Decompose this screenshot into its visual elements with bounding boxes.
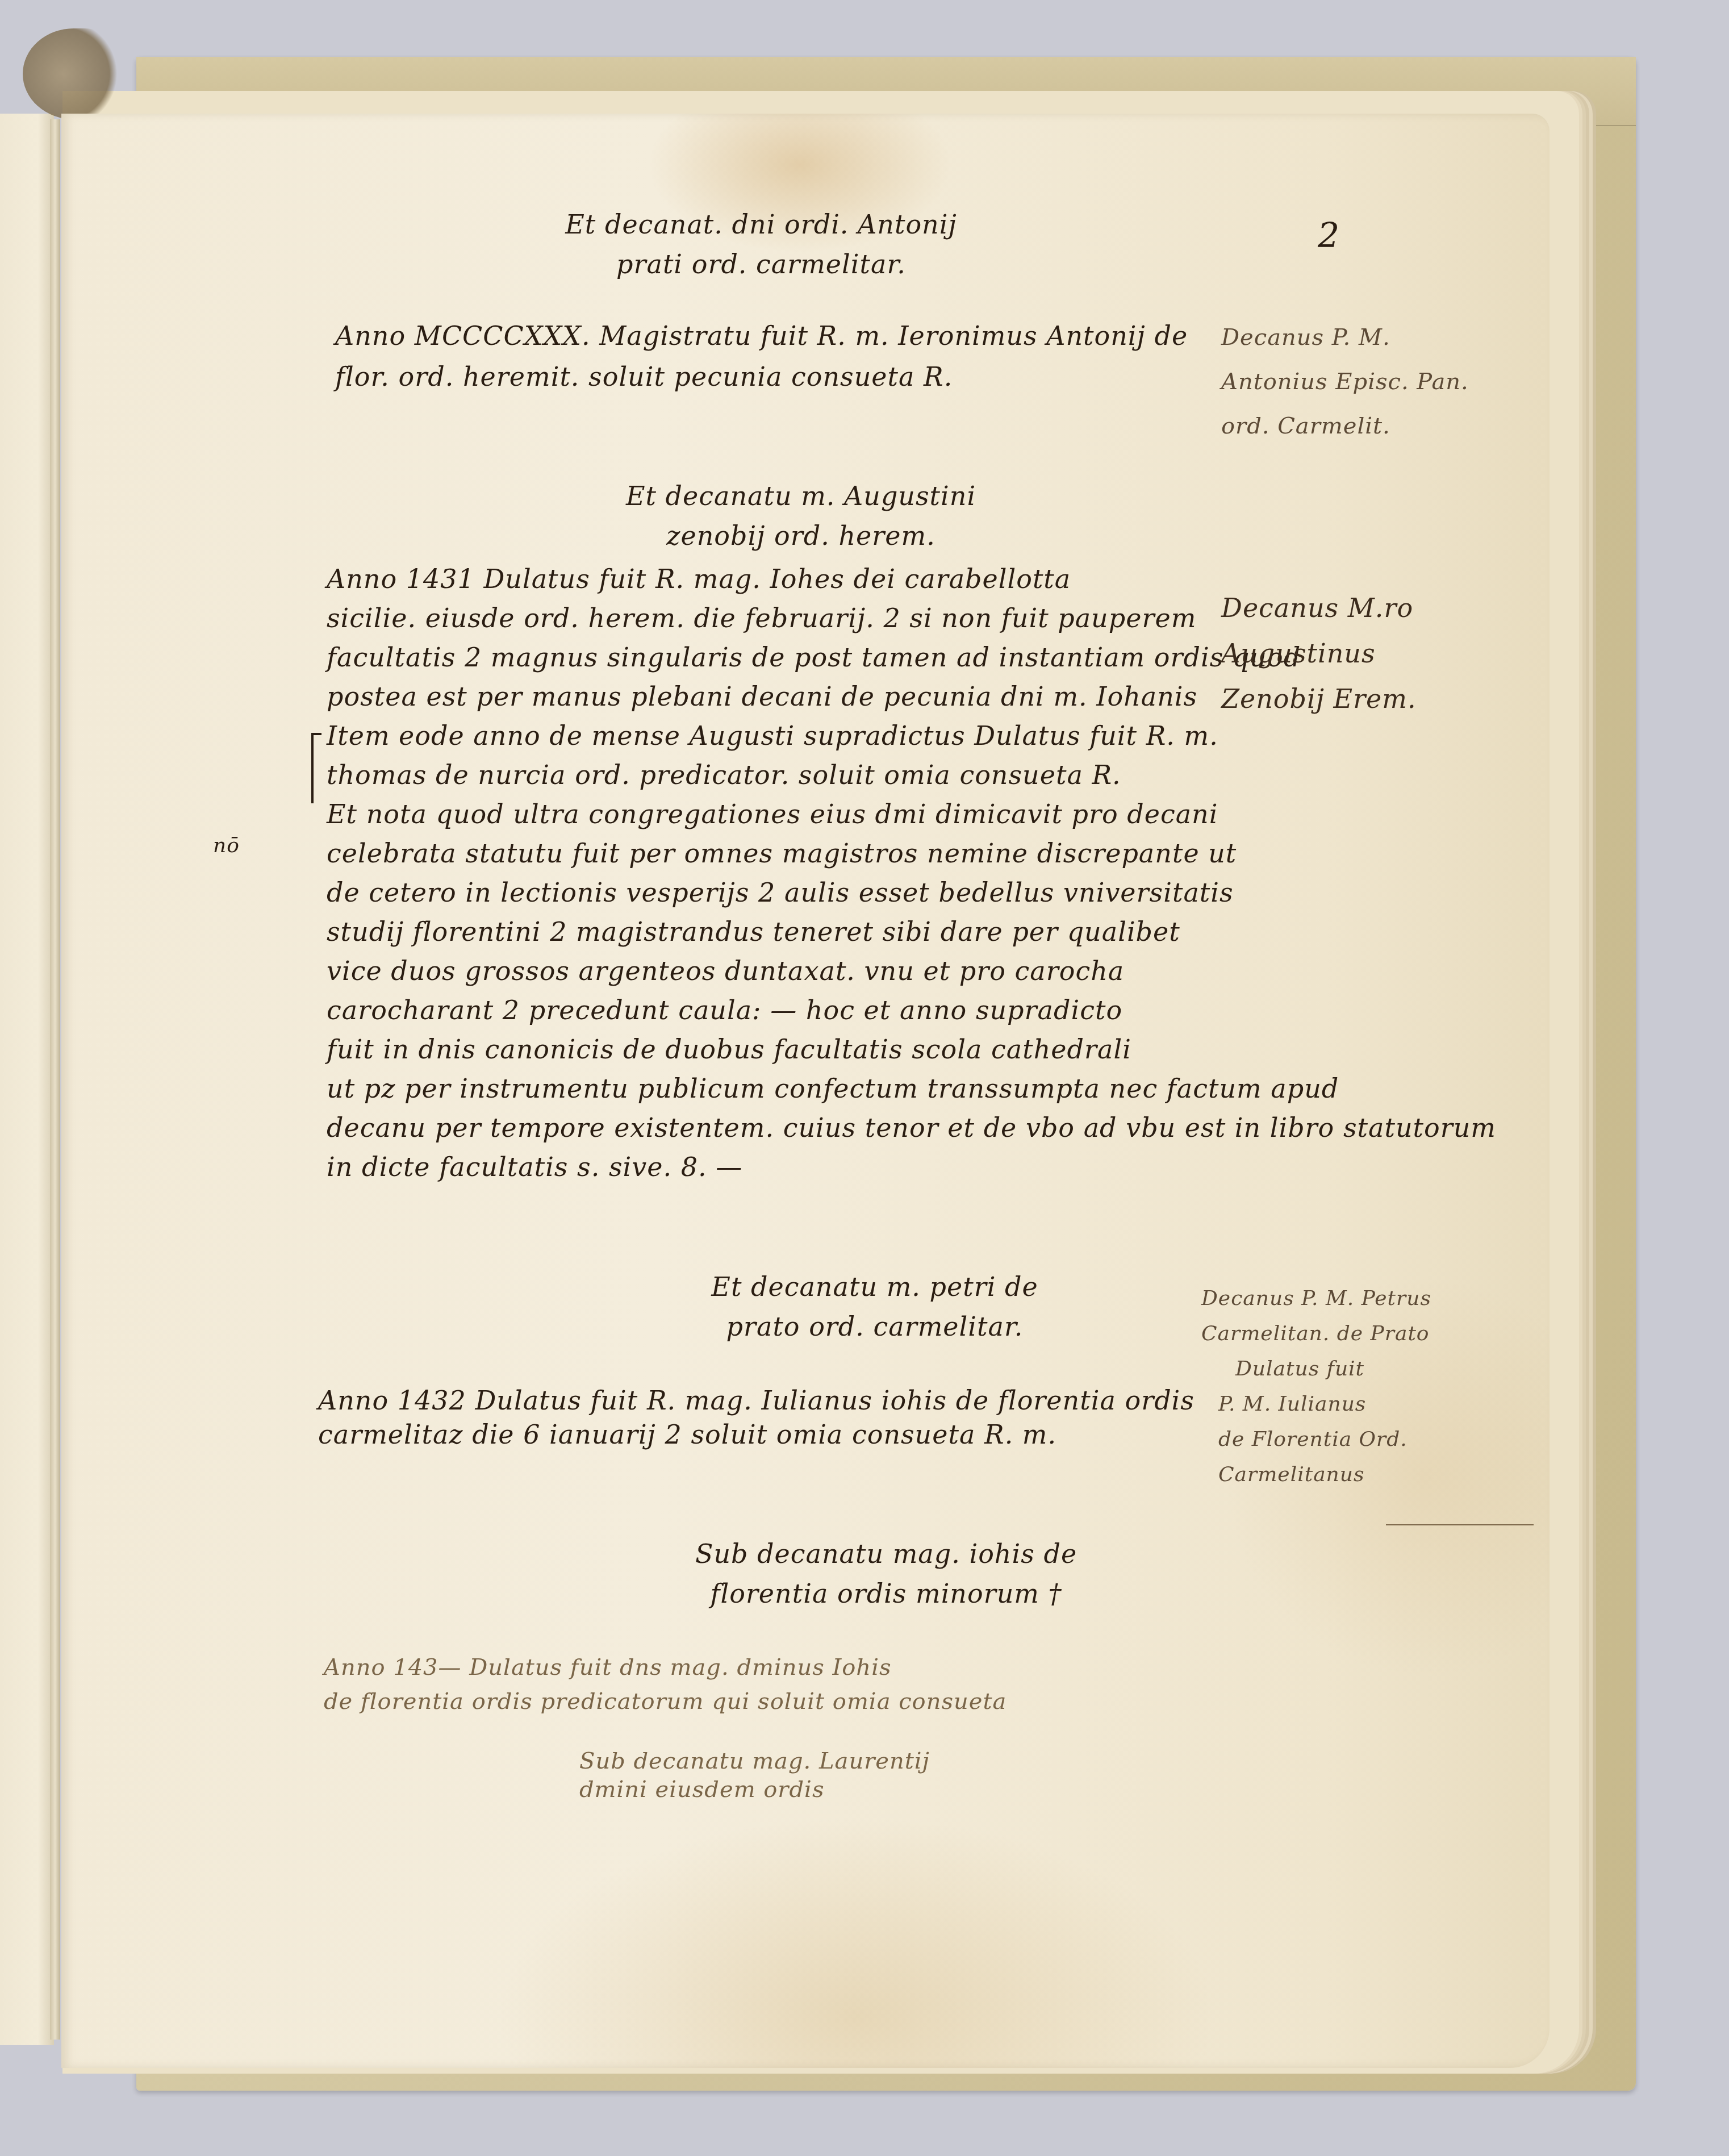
margin-line: Decanus M.ro (1221, 585, 1417, 631)
binding-gutter (50, 119, 60, 2040)
body-line: thomas de nurcia ord. predicator. soluit… (327, 756, 1496, 795)
body-line: studij florentini 2 magistrandus teneret… (327, 912, 1496, 952)
margin-line: Carmelitan. de Prato (1201, 1316, 1431, 1352)
heading-line: florentia ordis minorum † (682, 1574, 1091, 1613)
body-line: carocharant 2 precedunt caula: — hoc et … (327, 991, 1496, 1030)
margin-line: P. M. Iulianus (1201, 1387, 1431, 1422)
margin-line: Decanus P. M. Petrus (1201, 1281, 1431, 1316)
margin-line: ord. Carmelit. (1221, 404, 1469, 448)
left-margin-note: nō (213, 834, 240, 857)
body-line: Et nota quod ultra congregationes eius d… (327, 795, 1496, 834)
heading-line: Sub decanatu mag. Laurentij (579, 1747, 988, 1775)
section-heading-antonius: Et decanat. dni ordi. Antonij prati ord.… (534, 205, 988, 284)
heading-line: Et decanatu m. Augustini (602, 476, 1000, 516)
body-line: ut pz per instrumentu publicum confectum… (327, 1069, 1496, 1108)
body-line: Anno MCCCCXXX. Magistratu fuit R. m. Ier… (335, 315, 1188, 356)
paragraph-bracket (311, 733, 321, 803)
margin-line: de Florentia Ord. (1201, 1422, 1431, 1457)
heading-line: Et decanat. dni ordi. Antonij (534, 205, 988, 244)
body-line: fuit in dnis canonicis de duobus faculta… (327, 1030, 1496, 1069)
body-line: celebrata statutu fuit per omnes magistr… (327, 834, 1496, 873)
margin-line: Zenobij Erem. (1221, 676, 1417, 722)
folio-number: 2 (1318, 216, 1339, 256)
body-line: Anno 1432 Dulatus fuit R. mag. Iulianus … (318, 1383, 1195, 1417)
margin-line: Dulatus fuit (1201, 1352, 1431, 1387)
margin-note-petrus: Decanus P. M. Petrus Carmelitan. de Prat… (1201, 1281, 1431, 1492)
margin-line: Antonius Episc. Pan. (1221, 360, 1469, 404)
section-heading-augustinus: Et decanatu m. Augustini zenobij ord. he… (602, 476, 1000, 556)
margin-underline (1386, 1524, 1534, 1525)
margin-line: Augustinus (1221, 631, 1417, 676)
heading-line: Et decanatu m. petri de (670, 1267, 1079, 1307)
section-heading-petrus: Et decanatu m. petri de prato ord. carme… (670, 1267, 1079, 1346)
section-body-antonius: Anno MCCCCXXX. Magistratu fuit R. m. Ier… (335, 315, 1188, 397)
section-heading-laurentius: Sub decanatu mag. Laurentij dmini eiusde… (579, 1747, 988, 1804)
section-body-petrus: Anno 1432 Dulatus fuit R. mag. Iulianus … (318, 1383, 1195, 1452)
heading-line: prati ord. carmelitar. (534, 244, 988, 284)
body-line: de florentia ordis predicatorum qui solu… (324, 1684, 1007, 1719)
body-line: carmelitaz die 6 ianuarij 2 soluit omia … (318, 1417, 1195, 1452)
body-line: flor. ord. heremit. soluit pecunia consu… (335, 356, 1188, 397)
margin-note-antonius: Decanus P. M. Antonius Episc. Pan. ord. … (1221, 315, 1469, 448)
body-line: vice duos grossos argenteos duntaxat. vn… (327, 952, 1496, 991)
body-line: in dicte facultatis s. sive. 8. — (327, 1148, 1496, 1187)
heading-line: Sub decanatu mag. iohis de (682, 1534, 1091, 1574)
body-line: Anno 143— Dulatus fuit dns mag. dminus I… (324, 1650, 1007, 1684)
heading-line: zenobij ord. herem. (602, 516, 1000, 556)
section-heading-iohannes: Sub decanatu mag. iohis de florentia ord… (682, 1534, 1091, 1613)
margin-line: Decanus P. M. (1221, 315, 1469, 360)
section-body-faded-1433: Anno 143— Dulatus fuit dns mag. dminus I… (324, 1650, 1007, 1719)
margin-note-augustinus: Decanus M.ro Augustinus Zenobij Erem. (1221, 585, 1417, 722)
heading-line: dmini eiusdem ordis (579, 1775, 988, 1804)
body-line: de cetero in lectionis vesperijs 2 aulis… (327, 873, 1496, 912)
heading-line: prato ord. carmelitar. (670, 1307, 1079, 1346)
margin-line: Carmelitanus (1201, 1457, 1431, 1492)
facing-page-edge (0, 114, 54, 2045)
binding-string (23, 28, 125, 119)
body-line: decanu per tempore existentem. cuius ten… (327, 1108, 1496, 1148)
body-line: Item eode anno de mense Augusti supradic… (327, 716, 1496, 756)
